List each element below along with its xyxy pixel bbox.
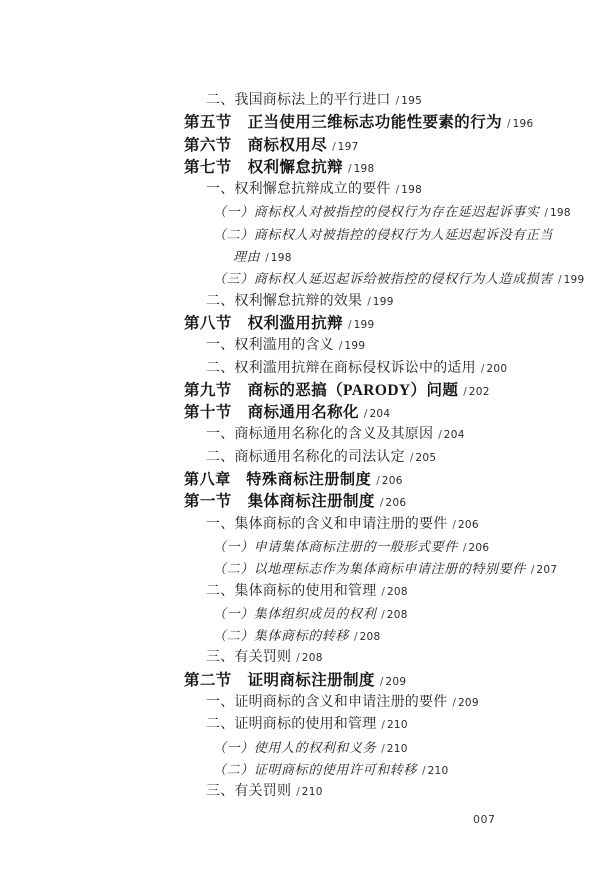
book-page: 二、我国商标法上的平行进口/195第五节 正当使用三维标志功能性要素的行为/19… <box>0 0 604 869</box>
toc-entry-text: 第五节 正当使用三维标志功能性要素的行为 <box>184 114 502 131</box>
slash-separator: / <box>396 95 400 107</box>
toc-entry-page: 206 <box>382 475 403 487</box>
toc-entry-page: 210 <box>387 743 408 755</box>
toc-entry-page: 200 <box>486 363 507 375</box>
toc-entry-text: 二、权利滥用抗辩在商标侵权诉讼中的适用 <box>206 361 476 376</box>
toc-entry-text: 第八节 权利滥用抗辩 <box>184 315 343 332</box>
slash-separator: / <box>265 252 269 264</box>
toc-entry-page: 208 <box>360 631 381 643</box>
toc-entry: 三、有关罚则/208 <box>206 647 584 669</box>
toc-entry: 二、证明商标的使用和管理/210 <box>206 714 584 736</box>
slash-separator: / <box>381 743 385 755</box>
toc-entry-page: 208 <box>387 586 408 598</box>
toc-entry: 第五节 正当使用三维标志功能性要素的行为/196 <box>184 112 584 134</box>
toc-entry-text: 第七节 权利懈怠抗辩 <box>184 159 343 176</box>
slash-separator: / <box>531 564 535 576</box>
slash-separator: / <box>364 408 368 420</box>
toc-entry: 第九节 商标的恶搞（PARODY）问题/202 <box>184 380 584 402</box>
page-number: 007 <box>473 813 496 826</box>
slash-separator: / <box>422 765 426 777</box>
toc-entry-text: （一）集体组织成员的权利 <box>213 606 376 621</box>
toc-entry-page: 198 <box>401 184 422 196</box>
slash-separator: / <box>507 118 511 130</box>
toc-entry-text: （三）商标权人延迟起诉给被指控的侵权行为人造成损害 <box>213 271 553 286</box>
toc-entry-text: （一）商标权人对被指控的侵权行为存在延迟起诉事实 <box>213 204 539 219</box>
slash-separator: / <box>452 697 456 709</box>
slash-separator: / <box>376 475 380 487</box>
toc-entry: 三、有关罚则/210 <box>206 781 584 803</box>
toc-entry: 第六节 商标权用尽/197 <box>184 135 584 157</box>
slash-separator: / <box>339 340 343 352</box>
slash-separator: / <box>348 319 352 331</box>
slash-separator: / <box>296 786 300 798</box>
toc-entry: 第一节 集体商标注册制度/206 <box>184 491 584 513</box>
slash-separator: / <box>463 542 467 554</box>
toc-entry-page: 208 <box>302 652 323 664</box>
toc-entry: 第八节 权利滥用抗辩/199 <box>184 313 584 335</box>
slash-separator: / <box>354 631 358 643</box>
slash-separator: / <box>558 274 562 286</box>
toc-entry-page: 204 <box>444 429 465 441</box>
slash-separator: / <box>481 363 485 375</box>
toc-entry-page: 204 <box>369 408 390 420</box>
toc-entry-text: 二、证明商标的使用和管理 <box>206 717 376 732</box>
toc-entry-text: 二、权利懈怠抗辩的效果 <box>206 294 362 309</box>
toc-entry-page: 198 <box>354 163 375 175</box>
toc-entry-page: 207 <box>536 564 557 576</box>
toc-entry-page: 198 <box>550 207 571 219</box>
toc-entry-text: 三、有关罚则 <box>206 650 291 665</box>
toc-entry-text: （一）使用人的权利和义务 <box>213 740 376 755</box>
toc-entry-text: （二）商标权人对被指控的侵权行为人延迟起诉没有正当 <box>213 227 553 242</box>
slash-separator: / <box>332 141 336 153</box>
toc-entry: 一、证明商标的含义和申请注册的要件/209 <box>206 692 584 714</box>
toc-entry: 第八章 特殊商标注册制度/206 <box>184 469 584 491</box>
toc-entry-text: 第一节 集体商标注册制度 <box>184 493 375 510</box>
toc-entry-text: 二、我国商标法上的平行进口 <box>206 93 391 108</box>
toc-entry: 一、商标通用名称化的含义及其原因/204 <box>206 424 584 446</box>
toc-entry-text: 第十节 商标通用名称化 <box>184 404 359 421</box>
slash-separator: / <box>452 519 456 531</box>
toc-entry: （一）商标权人对被指控的侵权行为存在延迟起诉事实/198 <box>213 201 584 223</box>
toc-entry-text: 三、有关罚则 <box>206 784 291 799</box>
toc-entry-page: 196 <box>513 118 534 130</box>
toc-entry: 一、权利滥用的含义/199 <box>206 335 584 357</box>
slash-separator: / <box>438 429 442 441</box>
toc-entry-page: 208 <box>387 609 408 621</box>
toc-entry-text: 二、集体商标的使用和管理 <box>206 584 376 599</box>
toc-entry: 一、权利懈怠抗辩成立的要件/198 <box>206 179 584 201</box>
toc-entry-text: 一、证明商标的含义和申请注册的要件 <box>206 695 447 710</box>
toc-entry-page: 195 <box>401 95 422 107</box>
toc-entry-page: 206 <box>468 542 489 554</box>
toc-entry-text: 第九节 商标的恶搞（PARODY）问题 <box>184 382 458 399</box>
toc-entry: 第七节 权利懈怠抗辩/198 <box>184 157 584 179</box>
slash-separator: / <box>348 163 352 175</box>
slash-separator: / <box>410 452 414 464</box>
slash-separator: / <box>380 497 384 509</box>
toc-entry-page: 209 <box>385 676 406 688</box>
slash-separator: / <box>381 609 385 621</box>
toc-entry-text: 理由 <box>233 249 260 264</box>
toc-entry-page: 209 <box>458 697 479 709</box>
toc-entry: 理由/198 <box>233 246 584 268</box>
toc-entry-text: （二）以地理标志作为集体商标申请注册的特别要件 <box>213 561 526 576</box>
toc-entry-page: 199 <box>354 319 375 331</box>
toc-entry-text: （二）集体商标的转移 <box>213 628 349 643</box>
toc-entry: 二、权利懈怠抗辩的效果/199 <box>206 291 584 313</box>
toc-entry-page: 202 <box>469 386 490 398</box>
toc-entry-page: 197 <box>338 141 359 153</box>
slash-separator: / <box>381 586 385 598</box>
toc-entry-text: 第六节 商标权用尽 <box>184 137 327 154</box>
toc-entry-page: 199 <box>564 274 585 286</box>
toc-entry-page: 206 <box>458 519 479 531</box>
toc-entry-text: 第二节 证明商标注册制度 <box>184 672 375 689</box>
toc-entry: （二）集体商标的转移/208 <box>213 625 584 647</box>
toc-entry: 二、商标通用名称化的司法认定/205 <box>206 447 584 469</box>
toc-entry-page: 198 <box>271 252 292 264</box>
toc-entry: （二）证明商标的使用许可和转移/210 <box>213 759 584 781</box>
toc-entry: 第二节 证明商标注册制度/209 <box>184 670 584 692</box>
toc-entry: （一）申请集体商标注册的一般形式要件/206 <box>213 536 584 558</box>
slash-separator: / <box>296 652 300 664</box>
slash-separator: / <box>381 719 385 731</box>
toc-entry-text: （二）证明商标的使用许可和转移 <box>213 762 417 777</box>
toc-entry: 二、集体商标的使用和管理/208 <box>206 581 584 603</box>
toc-entry: （一）集体组织成员的权利/208 <box>213 603 584 625</box>
toc-entry: （三）商标权人延迟起诉给被指控的侵权行为人造成损害/199 <box>213 268 584 290</box>
toc-entry-page: 199 <box>344 340 365 352</box>
toc-entry: （二）商标权人对被指控的侵权行为人延迟起诉没有正当 <box>213 224 584 246</box>
toc-entry-page: 210 <box>428 765 449 777</box>
toc-entry-text: 一、权利懈怠抗辩成立的要件 <box>206 182 391 197</box>
toc-entry-text: 一、商标通用名称化的含义及其原因 <box>206 427 433 442</box>
slash-separator: / <box>380 676 384 688</box>
toc-entry-page: 199 <box>373 296 394 308</box>
slash-separator: / <box>544 207 548 219</box>
slash-separator: / <box>367 296 371 308</box>
toc-entry-page: 205 <box>415 452 436 464</box>
toc-entry-text: 一、权利滥用的含义 <box>206 338 334 353</box>
toc-entry: （一）使用人的权利和义务/210 <box>213 737 584 759</box>
toc-entry: （二）以地理标志作为集体商标申请注册的特别要件/207 <box>213 558 584 580</box>
toc-entry-text: 一、集体商标的含义和申请注册的要件 <box>206 517 447 532</box>
toc-entry-text: （一）申请集体商标注册的一般形式要件 <box>213 539 458 554</box>
toc-entry-page: 206 <box>385 497 406 509</box>
table-of-contents: 二、我国商标法上的平行进口/195第五节 正当使用三维标志功能性要素的行为/19… <box>184 90 584 804</box>
toc-entry-text: 第八章 特殊商标注册制度 <box>184 471 371 488</box>
toc-entry: 二、我国商标法上的平行进口/195 <box>206 90 584 112</box>
toc-entry-text: 二、商标通用名称化的司法认定 <box>206 450 405 465</box>
slash-separator: / <box>463 386 467 398</box>
toc-entry-page: 210 <box>302 786 323 798</box>
toc-entry-page: 210 <box>387 719 408 731</box>
slash-separator: / <box>396 184 400 196</box>
toc-entry: 第十节 商标通用名称化/204 <box>184 402 584 424</box>
toc-entry: 二、权利滥用抗辩在商标侵权诉讼中的适用/200 <box>206 358 584 380</box>
toc-entry: 一、集体商标的含义和申请注册的要件/206 <box>206 514 584 536</box>
